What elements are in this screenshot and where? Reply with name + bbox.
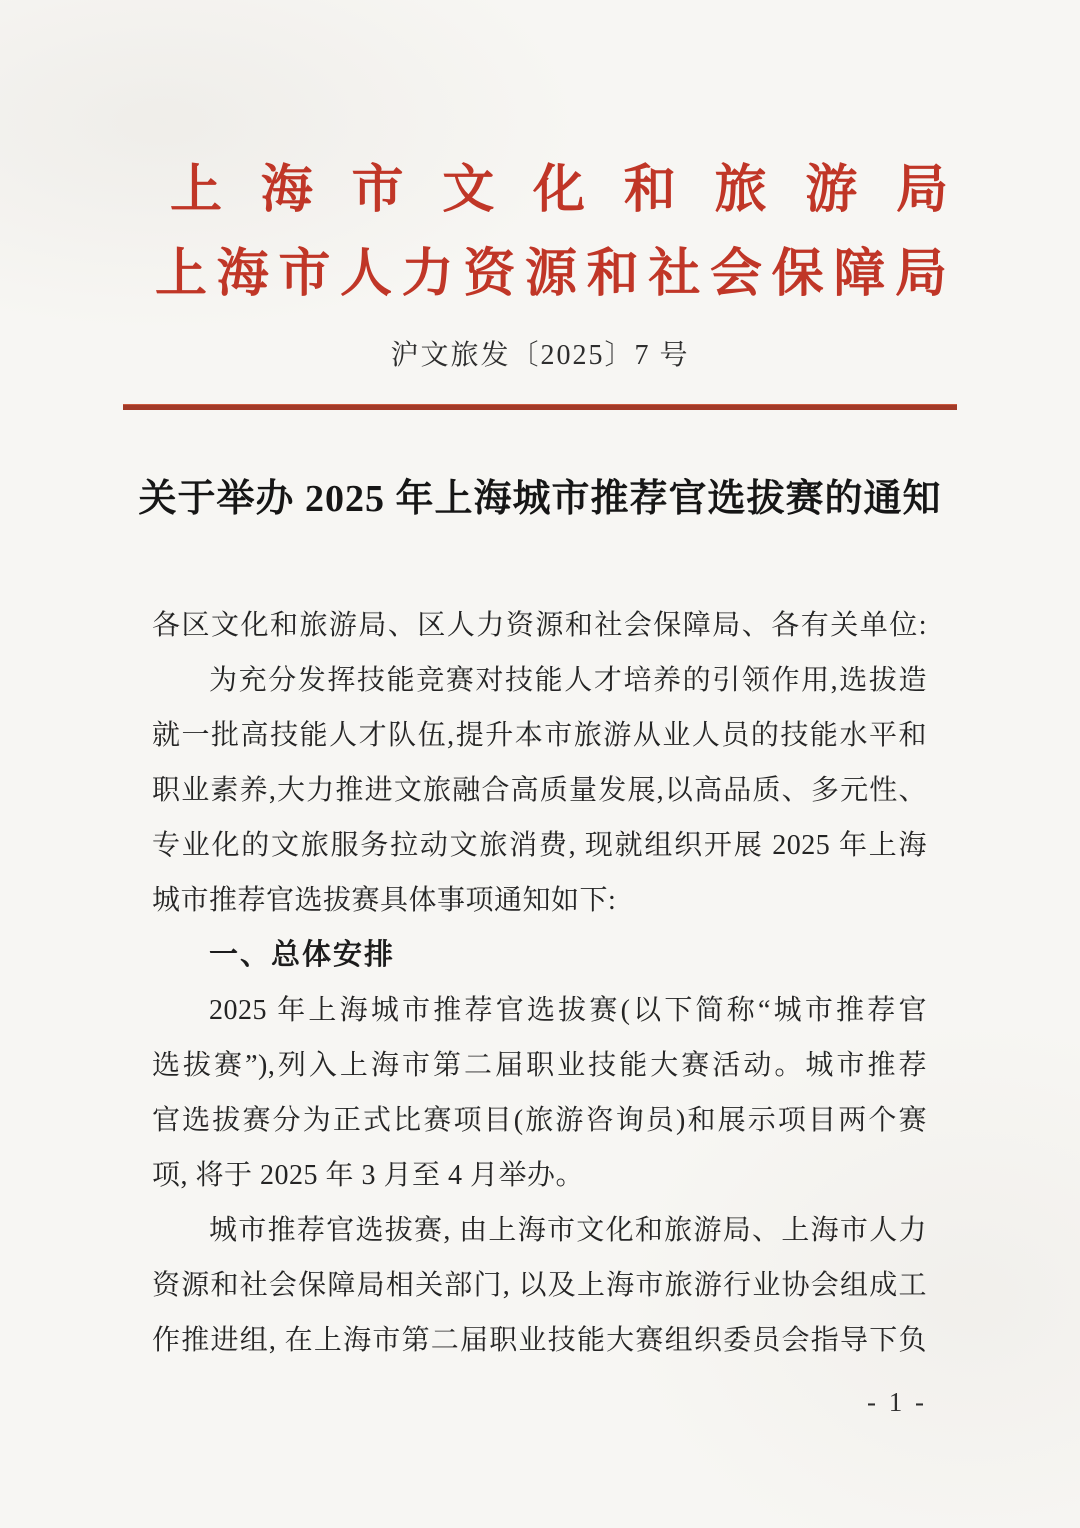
body-line: 官选拔赛分为正式比赛项目(旅游咨询员)和展示项目两个赛 xyxy=(152,1093,927,1148)
issuing-agency-line1: 上海市文化和旅游局 xyxy=(170,162,948,220)
section-heading: 一、总体安排 xyxy=(152,928,927,983)
body-line: 2025 年上海城市推荐官选拔赛(以下简称“城市推荐官 xyxy=(152,983,927,1038)
body-line: 专业化的文旅服务拉动文旅消费, 现就组织开展 2025 年上海 xyxy=(152,818,927,873)
body-line: 城市推荐官选拔赛, 由上海市文化和旅游局、上海市人力 xyxy=(152,1203,927,1258)
scanned-document-page: 上海市文化和旅游局 上海市人力资源和社会保障局 沪文旅发〔2025〕7 号 关于… xyxy=(0,0,1080,1528)
body-line: 作推进组, 在上海市第二届职业技能大赛组织委员会指导下负 xyxy=(152,1313,927,1368)
body-line: 职业素养,大力推进文旅融合高质量发展,以高品质、多元性、 xyxy=(152,763,927,818)
issuing-agency-line2: 上海市人力资源和社会保障局 xyxy=(155,246,947,304)
header-divider-rule xyxy=(123,404,957,410)
body-line: 城市推荐官选拔赛具体事项通知如下: xyxy=(152,873,927,928)
body-line: 项, 将于 2025 年 3 月至 4 月举办。 xyxy=(152,1148,927,1203)
body-line: 为充分发挥技能竞赛对技能人才培养的引领作用,选拔造 xyxy=(152,653,927,708)
document-title: 关于举办 2025 年上海城市推荐官选拔赛的通知 xyxy=(0,468,1080,530)
body-line: 就一批高技能人才队伍,提升本市旅游从业人员的技能水平和 xyxy=(152,708,927,763)
page-number: - 1 - xyxy=(867,1386,927,1418)
body-line-salutation: 各区文化和旅游局、区人力资源和社会保障局、各有关单位: xyxy=(152,598,927,653)
body-line: 选拔赛”),列入上海市第二届职业技能大赛活动。城市推荐 xyxy=(152,1038,927,1093)
document-reference-number: 沪文旅发〔2025〕7 号 xyxy=(0,338,1080,374)
body-line: 资源和社会保障局相关部门, 以及上海市旅游行业协会组成工 xyxy=(152,1258,927,1313)
document-body: 各区文化和旅游局、区人力资源和社会保障局、各有关单位: 为充分发挥技能竞赛对技能… xyxy=(152,598,927,1368)
